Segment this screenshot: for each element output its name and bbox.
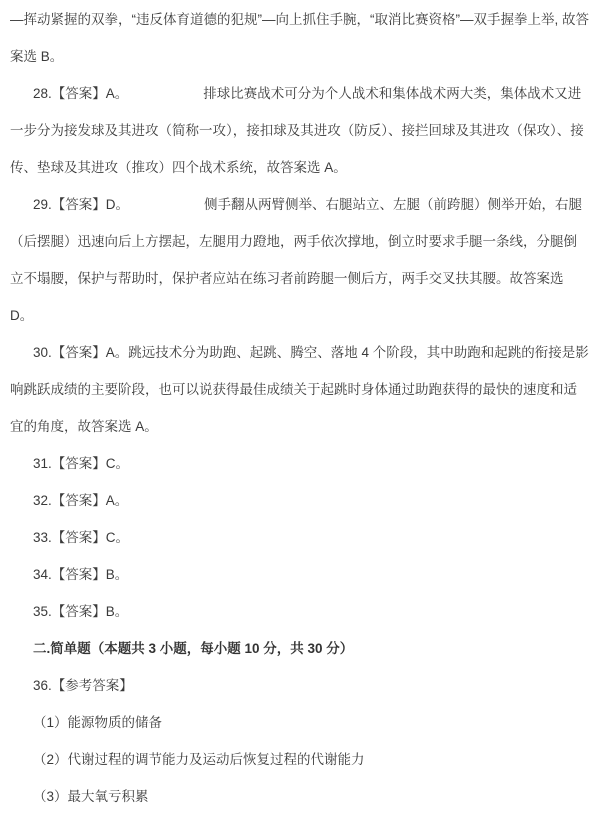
question-36-point-2: （2）代谢过程的调节能力及运动后恢复过程的代谢能力 xyxy=(10,741,590,778)
question-36-point-3: （3）最大氧亏积累 xyxy=(10,778,590,815)
answer-item-35: 35.【答案】B。 xyxy=(10,593,590,630)
answer-label-28: 28.【答案】A。 xyxy=(33,86,128,101)
answer-label-30: 30.【答案】A。 xyxy=(33,345,128,360)
answer-item-30: 30.【答案】A。跳远技术分为助跑、起跳、腾空、落地 4 个阶段，其中助跑和起跳… xyxy=(10,334,590,445)
answer-label-29: 29.【答案】D。 xyxy=(33,197,129,212)
answer-explanation-29: 侧手翻从两臂侧举、右腿站立、左腿（前跨腿）侧举开始，右腿（后摆腿）迅速向后上方摆… xyxy=(10,197,582,323)
answer-item-32: 32.【答案】A。 xyxy=(10,482,590,519)
section-heading: 二.简单题（本题共 3 小题，每小题 10 分，共 30 分） xyxy=(10,630,590,667)
answer-item-29: 29.【答案】D。侧手翻从两臂侧举、右腿站立、左腿（前跨腿）侧举开始，右腿（后摆… xyxy=(10,186,590,334)
answer-item-34: 34.【答案】B。 xyxy=(10,556,590,593)
intro-continuation-paragraph: —挥动紧握的双拳，“违反体育道德的犯规”—向上抓住手腕，“取消比赛资格”—双手握… xyxy=(10,1,590,75)
answer-item-33: 33.【答案】C。 xyxy=(10,519,590,556)
answer-item-31: 31.【答案】C。 xyxy=(10,445,590,482)
label-explanation-spacer xyxy=(128,97,203,98)
label-explanation-spacer xyxy=(129,208,204,209)
answer-key-page: —挥动紧握的双拳，“违反体育道德的犯规”—向上抓住手腕，“取消比赛资格”—双手握… xyxy=(0,0,600,818)
question-36-label: 36.【参考答案】 xyxy=(10,667,590,704)
question-36-point-1: （1）能源物质的储备 xyxy=(10,704,590,741)
answer-item-28: 28.【答案】A。排球比赛战术可分为个人战术和集体战术两大类，集体战术又进一步分… xyxy=(10,75,590,186)
